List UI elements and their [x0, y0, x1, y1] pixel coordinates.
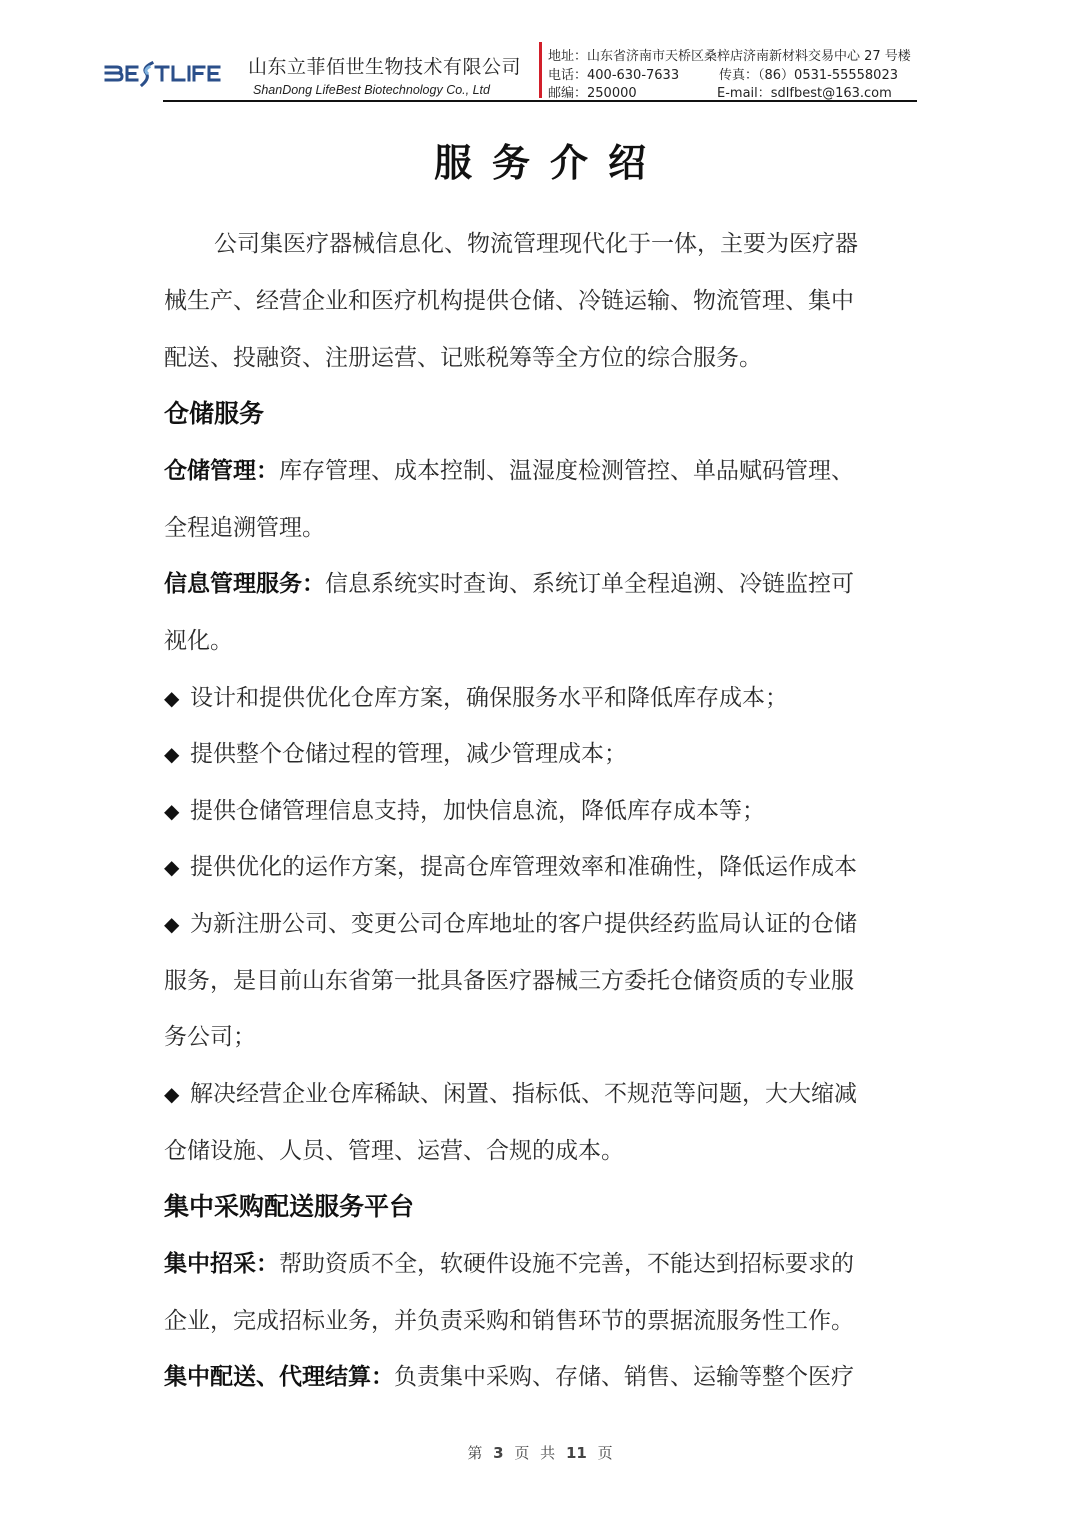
section-heading-warehousing: 仓储服务 — [164, 398, 264, 430]
diamond-bullet-icon: ◆ — [164, 851, 188, 883]
bullet-item: ◆提供优化的运作方案，提高仓库管理效率和准确性，降低运作成本 — [164, 851, 857, 883]
bullet-continuation: 服务，是目前山东省第一批具备医疗器械三方委托仓储资质的专业服 — [164, 965, 854, 997]
bullet-text: 设计和提供优化仓库方案，确保服务水平和降低库存成本； — [190, 685, 788, 711]
service-item: 仓储管理：库存管理、成本控制、温湿度检测管控、单品赋码管理、 — [164, 455, 854, 487]
page-title: 服务介绍 — [0, 132, 1080, 187]
diamond-bullet-icon: ◆ — [164, 795, 188, 827]
document-page: 山东立菲佰世生物技术有限公司 ShanDong LifeBest Biotech… — [0, 0, 1080, 1528]
current-page-number: 3 — [493, 1444, 503, 1462]
service-item-continuation: 视化。 — [164, 625, 233, 657]
bullet-item: ◆解决经营企业仓库稀缺、闲置、指标低、不规范等问题，大大缩减 — [164, 1078, 857, 1110]
service-item-continuation: 全程追溯管理。 — [164, 512, 325, 544]
diamond-bullet-icon: ◆ — [164, 738, 188, 770]
diamond-bullet-icon: ◆ — [164, 1078, 188, 1110]
bullet-continuation: 仓储设施、人员、管理、运营、合规的成本。 — [164, 1135, 624, 1167]
bullet-item: ◆提供仓储管理信息支持，加快信息流，降低库存成本等； — [164, 795, 765, 827]
diamond-bullet-icon: ◆ — [164, 682, 188, 714]
bullet-text: 为新注册公司、变更公司仓库地址的客户提供经药监局认证的仓储 — [190, 911, 857, 937]
page-label: 第 — [467, 1444, 482, 1462]
bullet-text: 解决经营企业仓库稀缺、闲置、指标低、不规范等问题，大大缩减 — [190, 1081, 857, 1107]
service-item-label: 信息管理服务： — [164, 571, 325, 597]
intro-line: 公司集医疗器械信息化、物流管理现代化于一体，主要为医疗器 — [164, 228, 858, 260]
service-item: 集中招采：帮助资质不全，软硬件设施不完善，不能达到招标要求的 — [164, 1248, 854, 1280]
service-item-label: 集中配送、代理结算： — [164, 1364, 394, 1390]
bullet-text: 提供优化的运作方案，提高仓库管理效率和准确性，降低运作成本 — [190, 854, 857, 880]
phone: 电话：400-630-7633 — [548, 64, 679, 83]
page-label: 页 — [598, 1444, 613, 1462]
page-label: 页 — [514, 1444, 529, 1462]
postcode: 邮编：250000 — [548, 82, 637, 101]
company-name-chinese: 山东立菲佰世生物技术有限公司 — [248, 52, 521, 79]
bullet-item: ◆为新注册公司、变更公司仓库地址的客户提供经药监局认证的仓储 — [164, 908, 857, 940]
service-item: 集中配送、代理结算：负责集中采购、存储、销售、运输等整个医疗 — [164, 1361, 854, 1393]
total-pages-number: 11 — [566, 1444, 587, 1462]
bullet-item: ◆设计和提供优化仓库方案，确保服务水平和降低库存成本； — [164, 682, 788, 714]
bullet-continuation: 务公司； — [164, 1021, 256, 1053]
service-item: 信息管理服务：信息系统实时查询、系统订单全程追溯、冷链监控可 — [164, 568, 854, 600]
bullet-text: 提供仓储管理信息支持，加快信息流，降低库存成本等； — [190, 798, 765, 824]
header-accent-bar — [539, 42, 542, 98]
section-heading-procurement: 集中采购配送服务平台 — [164, 1191, 414, 1223]
company-name-english: ShanDong LifeBest Biotechnology Co., Ltd — [253, 83, 490, 97]
header-divider — [163, 100, 917, 102]
service-item-continuation: 企业，完成招标业务，并负责采购和销售环节的票据流服务性工作。 — [164, 1305, 854, 1337]
service-item-text: 帮助资质不全，软硬件设施不完善，不能达到招标要求的 — [279, 1251, 854, 1277]
diamond-bullet-icon: ◆ — [164, 908, 188, 940]
fax: 传真：（86）0531-55558023 — [719, 64, 898, 83]
service-item-label: 仓储管理： — [164, 458, 279, 484]
bestlife-logo — [104, 58, 236, 88]
intro-line: 配送、投融资、注册运营、记账税筹等全方位的综合服务。 — [164, 342, 762, 374]
page-label: 共 — [540, 1444, 555, 1462]
bullet-text: 提供整个仓储过程的管理，减少管理成本； — [190, 741, 627, 767]
page-number: 第 3 页 共 11 页 — [0, 1442, 1080, 1463]
service-item-text: 负责集中采购、存储、销售、运输等整个医疗 — [394, 1364, 854, 1390]
service-item-label: 集中招采： — [164, 1251, 279, 1277]
logo-icon — [104, 58, 236, 88]
email: E-mail：sdlfbest@163.com — [717, 82, 892, 101]
address: 地址：山东省济南市天桥区桑梓店济南新材料交易中心 27 号楼 — [548, 45, 911, 64]
service-item-text: 库存管理、成本控制、温湿度检测管控、单品赋码管理、 — [279, 458, 854, 484]
bullet-item: ◆提供整个仓储过程的管理，减少管理成本； — [164, 738, 627, 770]
service-item-text: 信息系统实时查询、系统订单全程追溯、冷链监控可 — [325, 571, 854, 597]
intro-line: 械生产、经营企业和医疗机构提供仓储、冷链运输、物流管理、集中 — [164, 285, 854, 317]
